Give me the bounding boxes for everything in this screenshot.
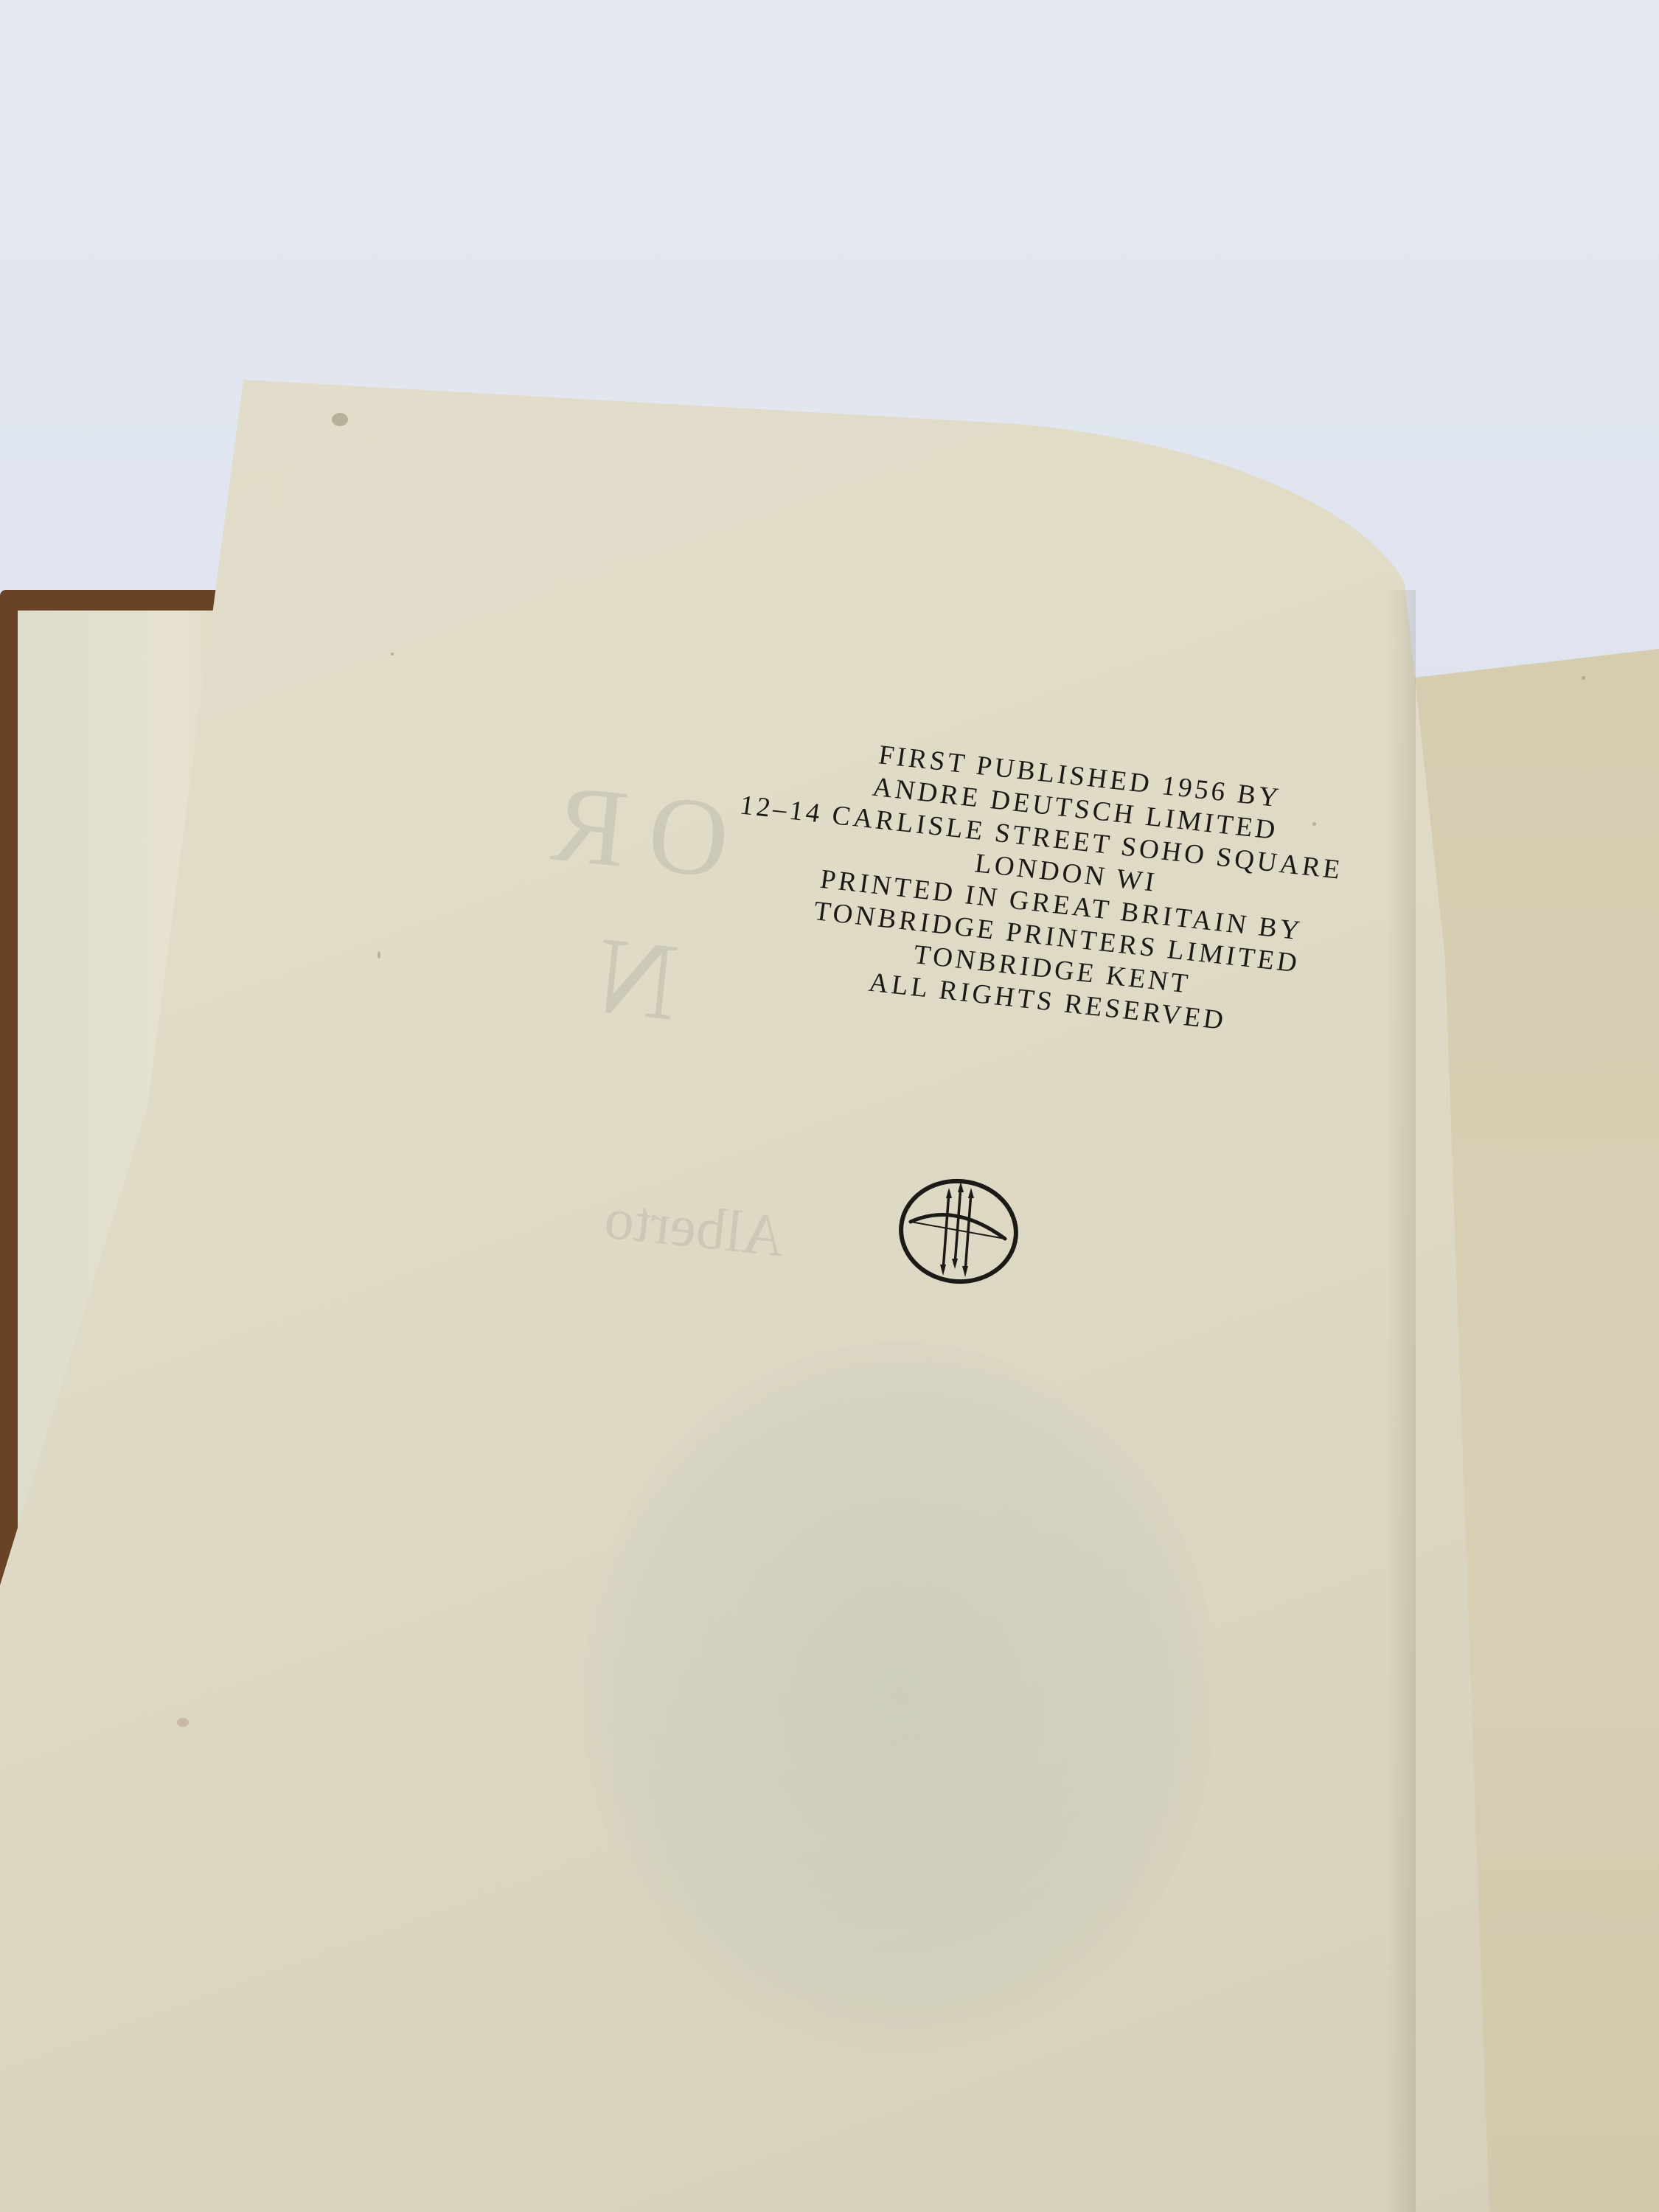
paper-foxing-spot: [332, 413, 348, 426]
paper-speck: [378, 951, 380, 959]
bleed-through-illustration: [582, 1342, 1217, 2050]
page-curl-shadow: [1386, 590, 1416, 2212]
bleed-through-text: OR: [525, 757, 735, 903]
photo-scene: OR N Alberto First published 1956 by And…: [0, 0, 1659, 2212]
paper-speck: [1582, 676, 1585, 680]
bow-and-arrows-in-circle-icon: [896, 1176, 1021, 1287]
paper-speck: [1312, 822, 1316, 826]
paper-foxing-spot: [177, 1718, 189, 1727]
paper-speck: [391, 653, 394, 655]
bleed-through-text: N: [568, 909, 684, 1046]
